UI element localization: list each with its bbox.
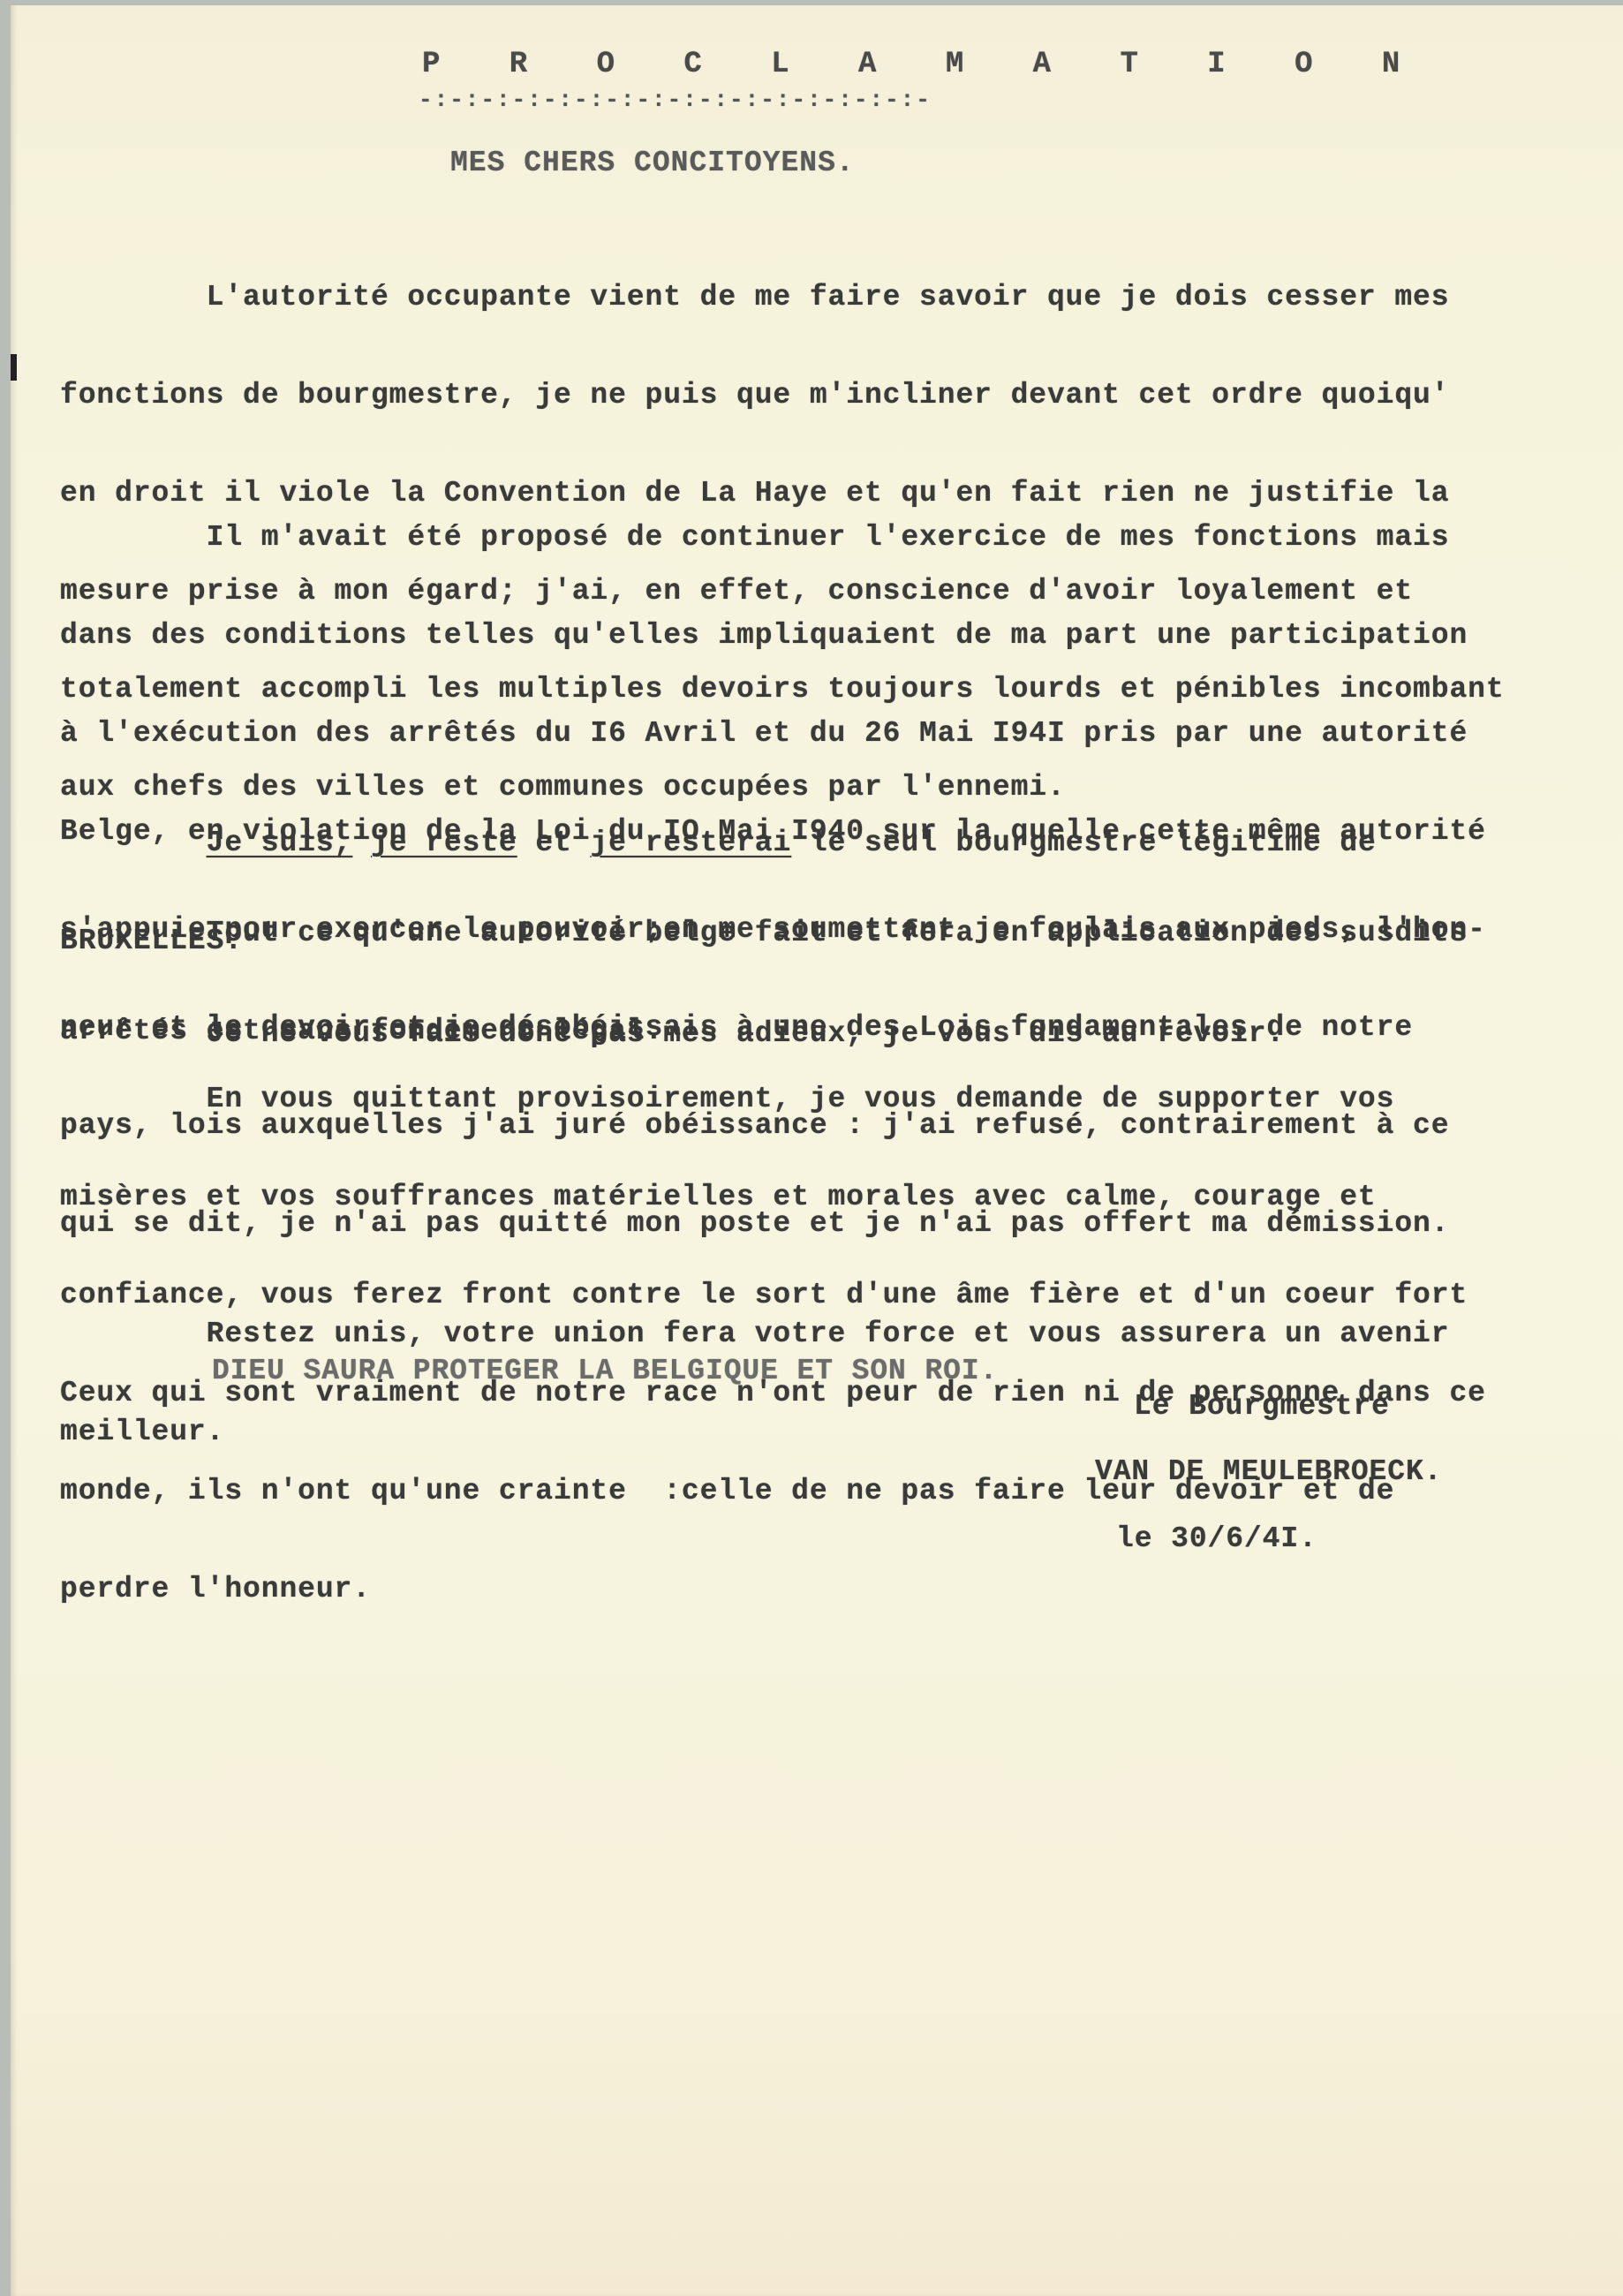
text-line: Tout ce qu'une autorité belge fait et fe…	[60, 917, 1623, 949]
closing-line: DIEU SAURA PROTEGER LA BELGIQUE ET SON R…	[212, 1355, 998, 1387]
binder-edge-mark	[11, 354, 17, 381]
text-line: misères et vos souffrances matérielles e…	[60, 1181, 1623, 1213]
signature-date: le 30/6/4I.	[1116, 1522, 1317, 1555]
text-line: Il m'avait été proposé de continuer l'ex…	[60, 521, 1623, 554]
title-separator: -:-:-:-:-:-:-:-:-:-:-:-:-:-:-:-:-	[419, 87, 932, 113]
text-line: dans des conditions telles qu'elles impl…	[60, 619, 1623, 652]
greeting: MES CHERS CONCITOYENS.	[450, 147, 855, 179]
text-line: à l'exécution des arrêtés du I6 Avril et…	[60, 717, 1623, 750]
text-line: En vous quittant provisoirement, je vous…	[60, 1083, 1623, 1115]
signature-role: Le Bourgmestre	[1134, 1390, 1390, 1423]
text-line: L'autorité occupante vient de me faire s…	[60, 281, 1623, 313]
signature-name: VAN DE MEULEBROECK.	[1095, 1455, 1442, 1488]
text-line: Restez unis, votre union fera votre forc…	[60, 1318, 1623, 1350]
document-title: P R O C L A M A T I O N	[422, 48, 1425, 81]
text-line: fonctions de bourgmestre, je ne puis que…	[60, 379, 1623, 412]
text-line: perdre l'honneur.	[60, 1573, 1623, 1605]
document-page: P R O C L A M A T I O N -:-:-:-:-:-:-:-:…	[11, 5, 1623, 2296]
